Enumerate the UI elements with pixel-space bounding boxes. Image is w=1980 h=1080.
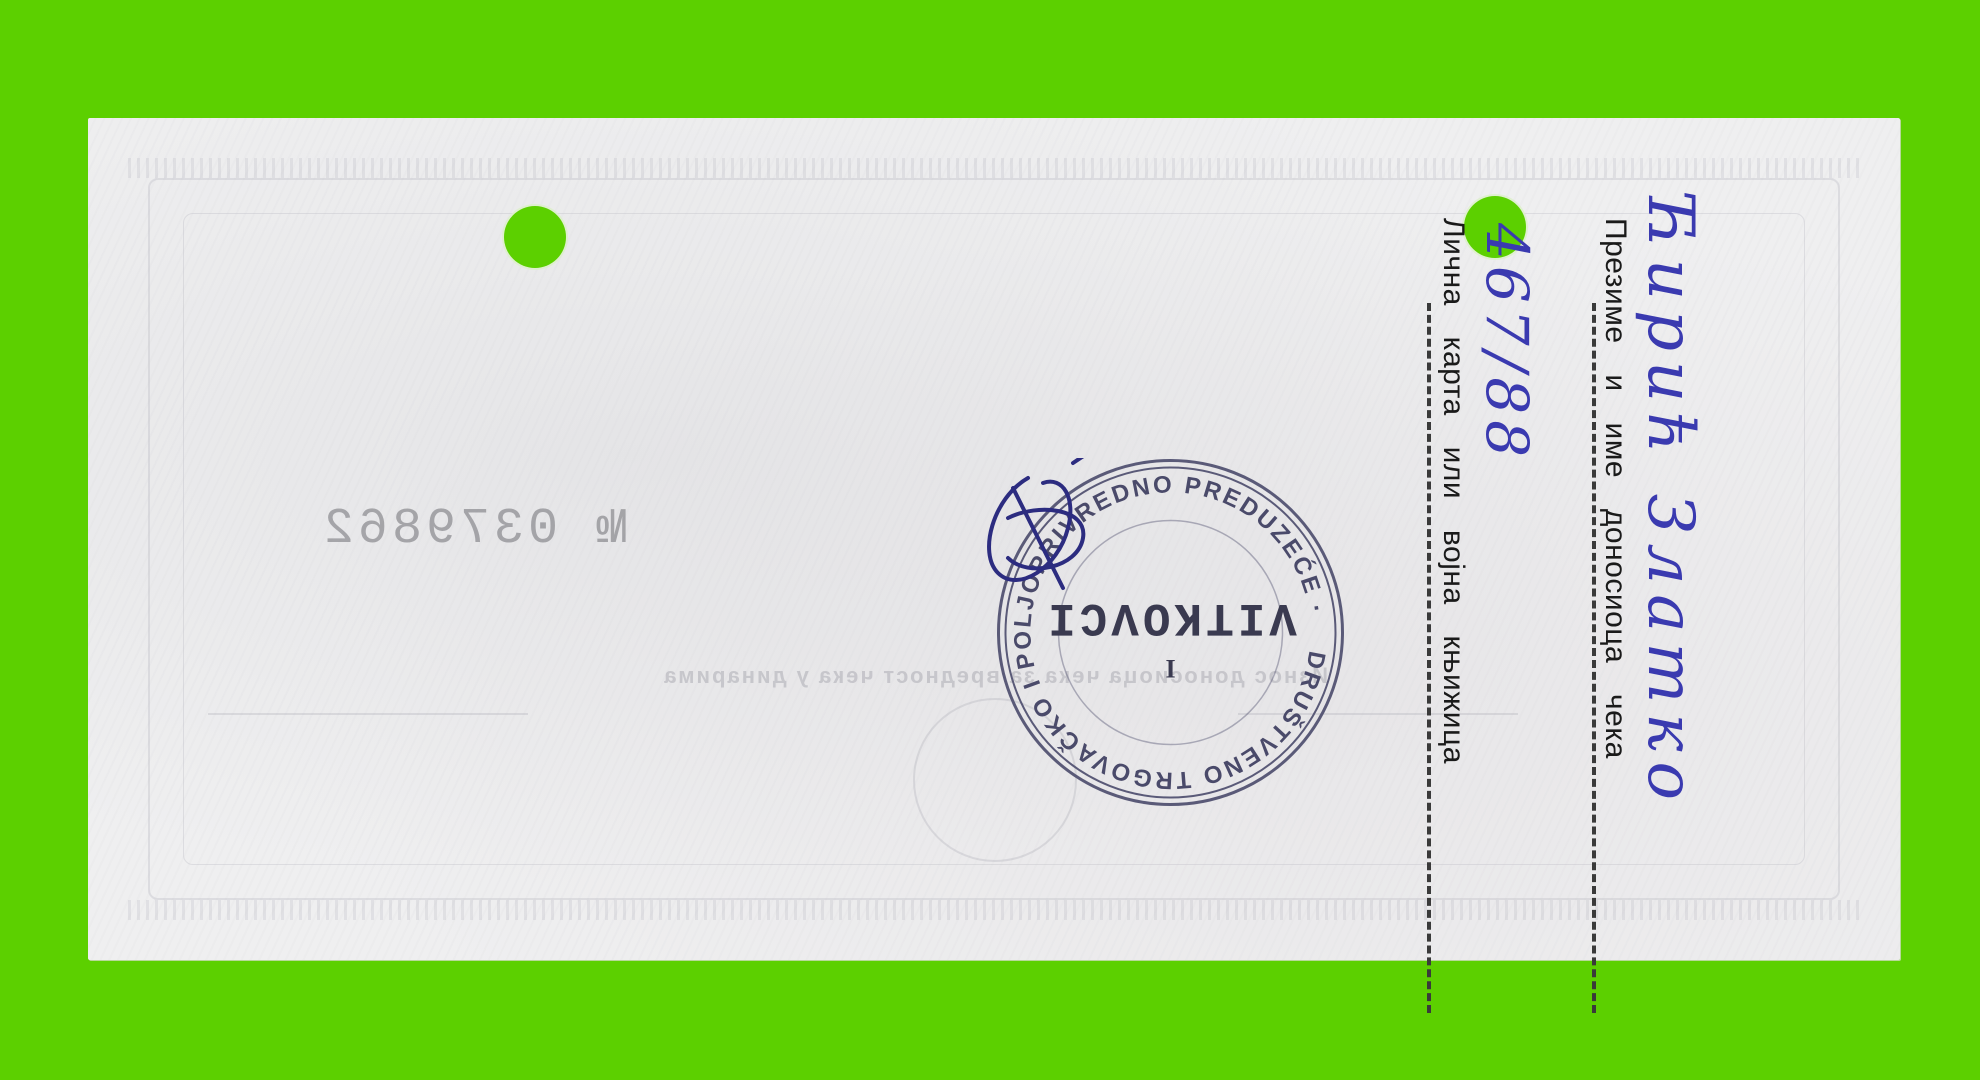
handwritten-id-number: 467/88 (1473, 223, 1541, 463)
svg-text:I: I (1165, 654, 1175, 683)
show-through-small-text (208, 713, 528, 775)
handwritten-name: Ћирић Златко (1633, 193, 1707, 810)
serial-number-show-through: № 0379862 (320, 501, 626, 558)
show-through-border-top (128, 158, 1860, 178)
cheque-paper: № 0379862 Износ доносиоца чека за вредно… (88, 118, 1900, 960)
show-through-border-bottom (128, 900, 1860, 920)
punch-hole (504, 206, 566, 268)
signature-scribble (968, 458, 1118, 608)
label-surname-name: Презиме и име доносиоца чека (1598, 218, 1632, 759)
perforation-line (1427, 303, 1431, 1013)
label-id-document: Лична карта или војна књижица (1436, 218, 1470, 764)
perforation-line (1592, 303, 1596, 1013)
